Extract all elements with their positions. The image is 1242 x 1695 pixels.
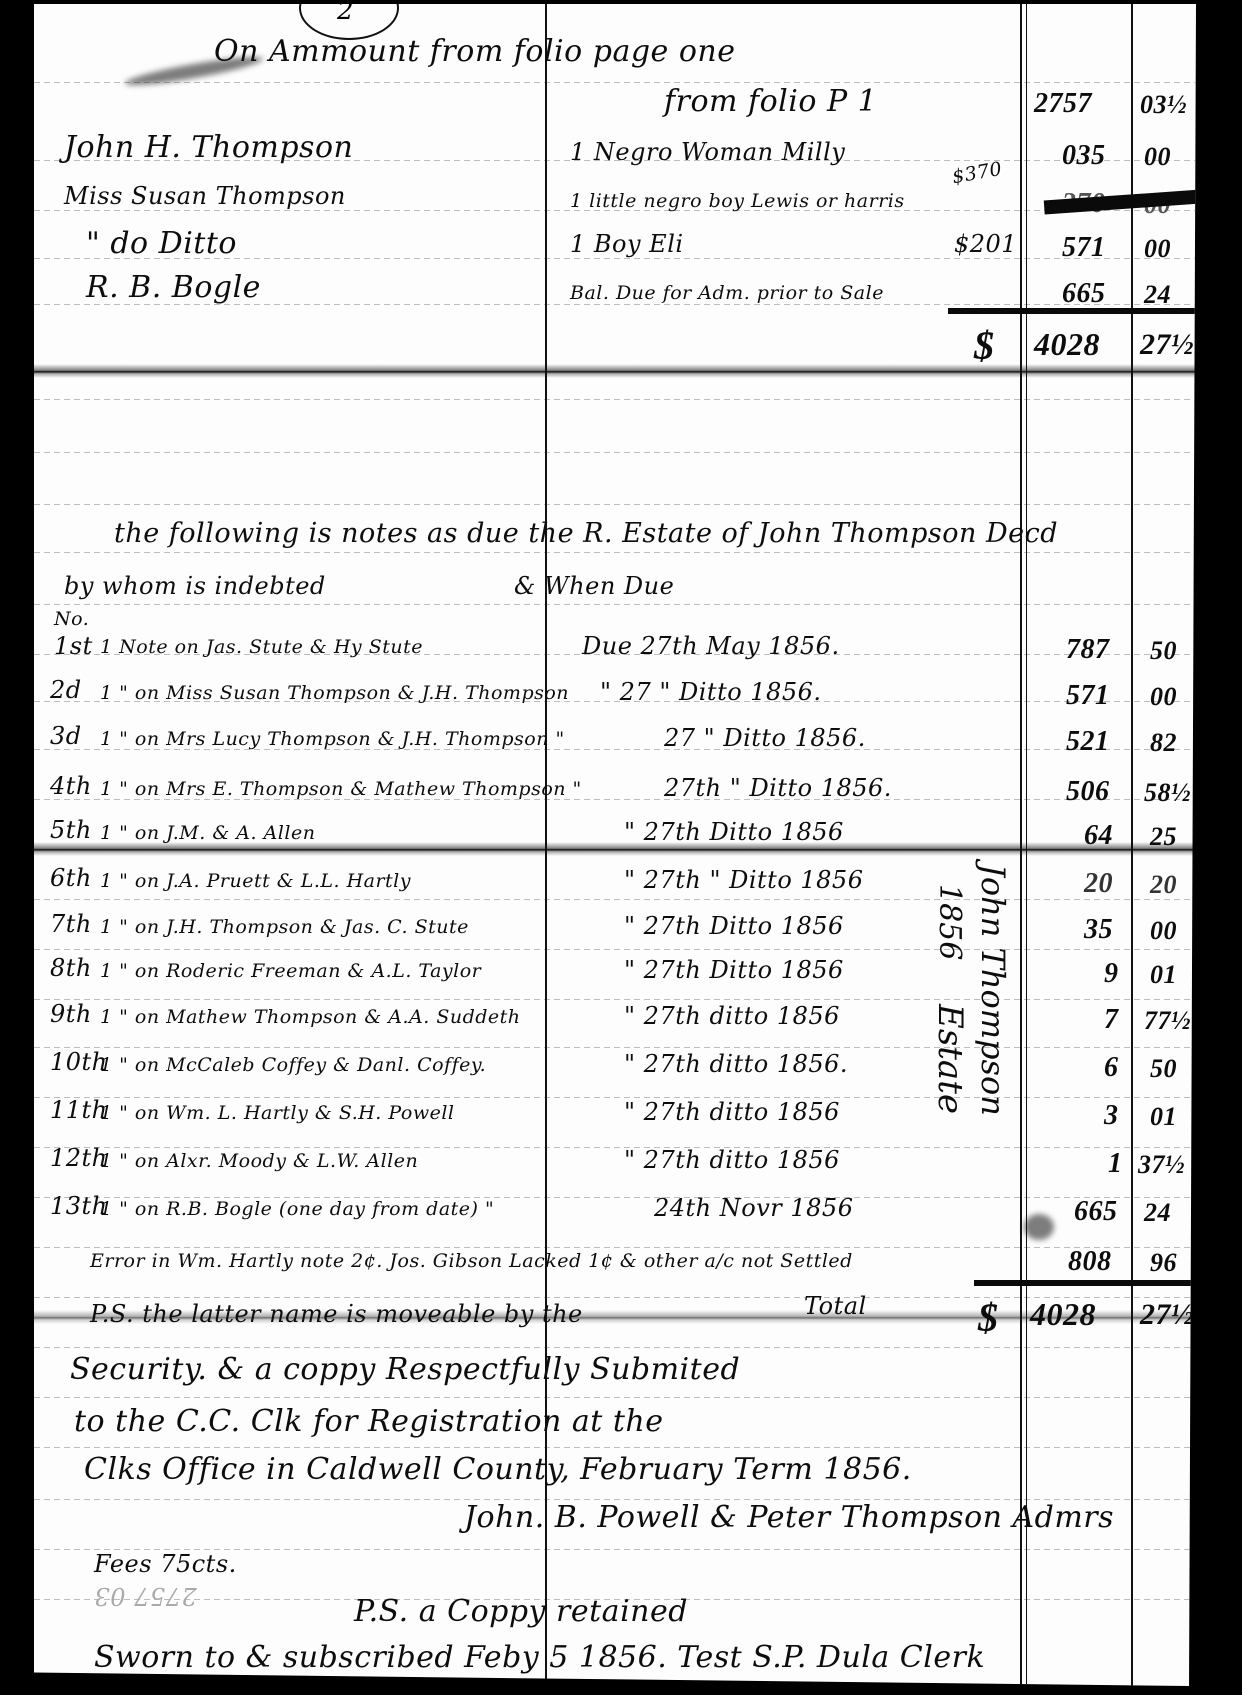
- note-dollars: 506: [1066, 776, 1110, 808]
- item-note: $370: [950, 158, 1003, 188]
- note-cents: 96: [1150, 1248, 1177, 1278]
- amount-dollars: 035: [1062, 140, 1106, 172]
- document-page: 2 On Ammount from folio page one from fo…: [34, 4, 1196, 1686]
- note-cents: 37½: [1138, 1150, 1185, 1180]
- note-desc: 1 Note on Jas. Stute & Hy Stute: [100, 636, 423, 658]
- note-desc: 1 " on McCaleb Coffey & Danl. Coffey.: [100, 1054, 486, 1076]
- margin-word: Estate: [930, 1004, 970, 1114]
- note-due: " 27th ditto 1856: [624, 1098, 840, 1126]
- note-cents: 50: [1150, 636, 1177, 666]
- item-note: $201: [954, 230, 1017, 258]
- note-due: Due 27th May 1856.: [582, 632, 840, 660]
- note-number: 12th: [50, 1144, 108, 1172]
- note-due: " 27th Ditto 1856: [624, 818, 844, 846]
- note-number: 3d: [50, 722, 82, 750]
- margin-year: 1856: [932, 884, 967, 960]
- amount-cents: 00: [1144, 234, 1171, 264]
- notes-heading-when: & When Due: [514, 572, 674, 600]
- closing-line2: to the C.C. Clk for Registration at the: [74, 1404, 664, 1439]
- note-cents: 20: [1150, 870, 1177, 900]
- note-due: 27th " Ditto 1856.: [664, 774, 892, 802]
- fee-note: Fees 75cts.: [94, 1550, 237, 1578]
- note-dollars: 6: [1104, 1052, 1119, 1084]
- note-dollars: 9: [1104, 958, 1119, 990]
- note-desc: 1 " on Wm. L. Hartly & S.H. Powell: [100, 1102, 455, 1124]
- note-number: 8th: [50, 954, 92, 982]
- item: 1 little negro boy Lewis or harris: [570, 190, 905, 212]
- carried-forward-cents: 03½: [1140, 90, 1187, 120]
- closing-line1a: P.S. the latter name is moveable by the: [90, 1300, 583, 1328]
- note-number: 5th: [50, 816, 92, 844]
- note-dollars: 64: [1084, 820, 1113, 852]
- notes-total-symbol: $: [978, 1294, 999, 1341]
- header-line: On Ammount from folio page one: [214, 34, 735, 69]
- item: 1 Boy Eli: [570, 230, 684, 258]
- note-due: 24th Novr 1856: [654, 1194, 853, 1222]
- closing-line3: Clks Office in Caldwell County, February…: [84, 1452, 912, 1487]
- amount-dollars: 571: [1062, 232, 1106, 264]
- amount-cents: 00: [1144, 142, 1171, 172]
- note-due: " 27th ditto 1856: [624, 1146, 840, 1174]
- note-due: " 27th Ditto 1856: [624, 912, 844, 940]
- purchaser: R. B. Bogle: [86, 270, 261, 305]
- notes-total-label: Total: [804, 1292, 867, 1320]
- note-dollars: 665: [1074, 1196, 1118, 1228]
- carried-forward-dollars: 2757: [1034, 88, 1092, 120]
- note-dollars: 20: [1084, 868, 1113, 900]
- note-desc: 1 " on J.H. Thompson & Jas. C. Stute: [100, 916, 469, 938]
- sale-total-cents: 27½: [1140, 328, 1194, 362]
- note-desc: 1 " on Miss Susan Thompson & J.H. Thomps…: [100, 682, 569, 704]
- sale-total-dollars: 4028: [1034, 326, 1100, 363]
- note-due: 27 " Ditto 1856.: [664, 724, 866, 752]
- note-dollars: 571: [1066, 680, 1110, 712]
- notes-heading-line1: the following is notes as due the R. Est…: [114, 518, 1058, 549]
- note-number: 13th: [50, 1192, 108, 1220]
- note-cents: 01: [1150, 960, 1177, 990]
- note-due: " 27 " Ditto 1856.: [600, 678, 822, 706]
- note-desc: Error in Wm. Hartly note 2¢. Jos. Gibson…: [90, 1250, 853, 1272]
- item: 1 Negro Woman Milly: [570, 138, 845, 166]
- sale-total-symbol: $: [974, 322, 995, 369]
- purchaser: John H. Thompson: [64, 130, 353, 165]
- note-desc: 1 " on J.M. & A. Allen: [100, 822, 315, 844]
- note-cents: 24: [1144, 1198, 1171, 1228]
- note-cents: 82: [1150, 728, 1177, 758]
- number-label: No.: [54, 608, 89, 630]
- note-desc: 1 " on Roderic Freeman & A.L. Taylor: [100, 960, 481, 982]
- note-dollars: 7: [1104, 1004, 1119, 1036]
- purchaser: Miss Susan Thompson: [64, 182, 346, 210]
- note-number: 1st: [54, 632, 93, 660]
- note-desc: 1 " on Mathew Thompson & A.A. Suddeth: [100, 1006, 521, 1028]
- sworn-line: Sworn to & subscribed Feby 5 1856. Test …: [94, 1640, 985, 1675]
- note-desc: 1 " on Alxr. Moody & L.W. Allen: [100, 1150, 418, 1172]
- note-dollars: 1: [1108, 1148, 1123, 1180]
- note-desc: 1 " on Mrs Lucy Thompson & J.H. Thompson…: [100, 728, 565, 750]
- note-desc: 1 " on J.A. Pruett & L.L. Hartly: [100, 870, 411, 892]
- note-number: 2d: [50, 676, 82, 704]
- note-cents: 01: [1150, 1102, 1177, 1132]
- amount-dollars: 665: [1062, 278, 1106, 310]
- signature: John. B. Powell & Peter Thompson Admrs: [464, 1500, 1114, 1535]
- total-rule: [974, 1280, 1196, 1286]
- note-due: " 27th ditto 1856.: [624, 1050, 848, 1078]
- note-due: " 27th Ditto 1856: [624, 956, 844, 984]
- note-number: 10th: [50, 1048, 108, 1076]
- note-cents: 77½: [1144, 1006, 1191, 1036]
- note-cents: 50: [1150, 1054, 1177, 1084]
- note-number: 6th: [50, 864, 92, 892]
- note-dollars: 35: [1084, 914, 1113, 946]
- purchaser: " do Ditto: [86, 226, 237, 261]
- closing-line1b: Security. & a coppy Respectfully Submite…: [70, 1352, 740, 1387]
- note-cents: 00: [1150, 682, 1177, 712]
- faint-number: 2757 03: [94, 1582, 197, 1610]
- note-number: 9th: [50, 1000, 92, 1028]
- note-number: 11th: [50, 1096, 108, 1124]
- notes-total-cents: 27½: [1140, 1298, 1194, 1332]
- note-dollars: 521: [1066, 726, 1110, 758]
- note-desc: 1 " on Mrs E. Thompson & Mathew Thompson…: [100, 778, 582, 800]
- column-divider-cents: [1131, 4, 1133, 1686]
- ps-copy-retained: P.S. a Coppy retained: [354, 1594, 688, 1629]
- note-dollars: 3: [1104, 1100, 1119, 1132]
- note-dollars: 787: [1066, 634, 1110, 666]
- page-number: 2: [337, 0, 354, 26]
- amount-cents: 24: [1144, 280, 1171, 310]
- note-desc: 1 " on R.B. Bogle (one day from date) ": [100, 1198, 494, 1220]
- note-cents: 00: [1150, 916, 1177, 946]
- note-cents: 25: [1150, 822, 1177, 852]
- note-number: 4th: [50, 772, 92, 800]
- note-cents: 58½: [1144, 778, 1191, 808]
- column-divider-dollars-left: [1020, 4, 1022, 1686]
- total-rule: [948, 308, 1196, 314]
- notes-heading-who: by whom is indebted: [64, 572, 326, 600]
- note-due: " 27th ditto 1856: [624, 1002, 840, 1030]
- note-due: " 27th " Ditto 1856: [624, 866, 863, 894]
- margin-name: John Thompson: [974, 864, 1012, 1116]
- notes-total-dollars: 4028: [1030, 1296, 1096, 1333]
- column-divider-dollars-right: [1026, 4, 1027, 1686]
- note-number: 7th: [50, 910, 92, 938]
- item: Bal. Due for Adm. prior to Sale: [570, 282, 884, 304]
- note-dollars: 808: [1068, 1246, 1112, 1278]
- carried-forward-label: from folio P 1: [664, 84, 877, 119]
